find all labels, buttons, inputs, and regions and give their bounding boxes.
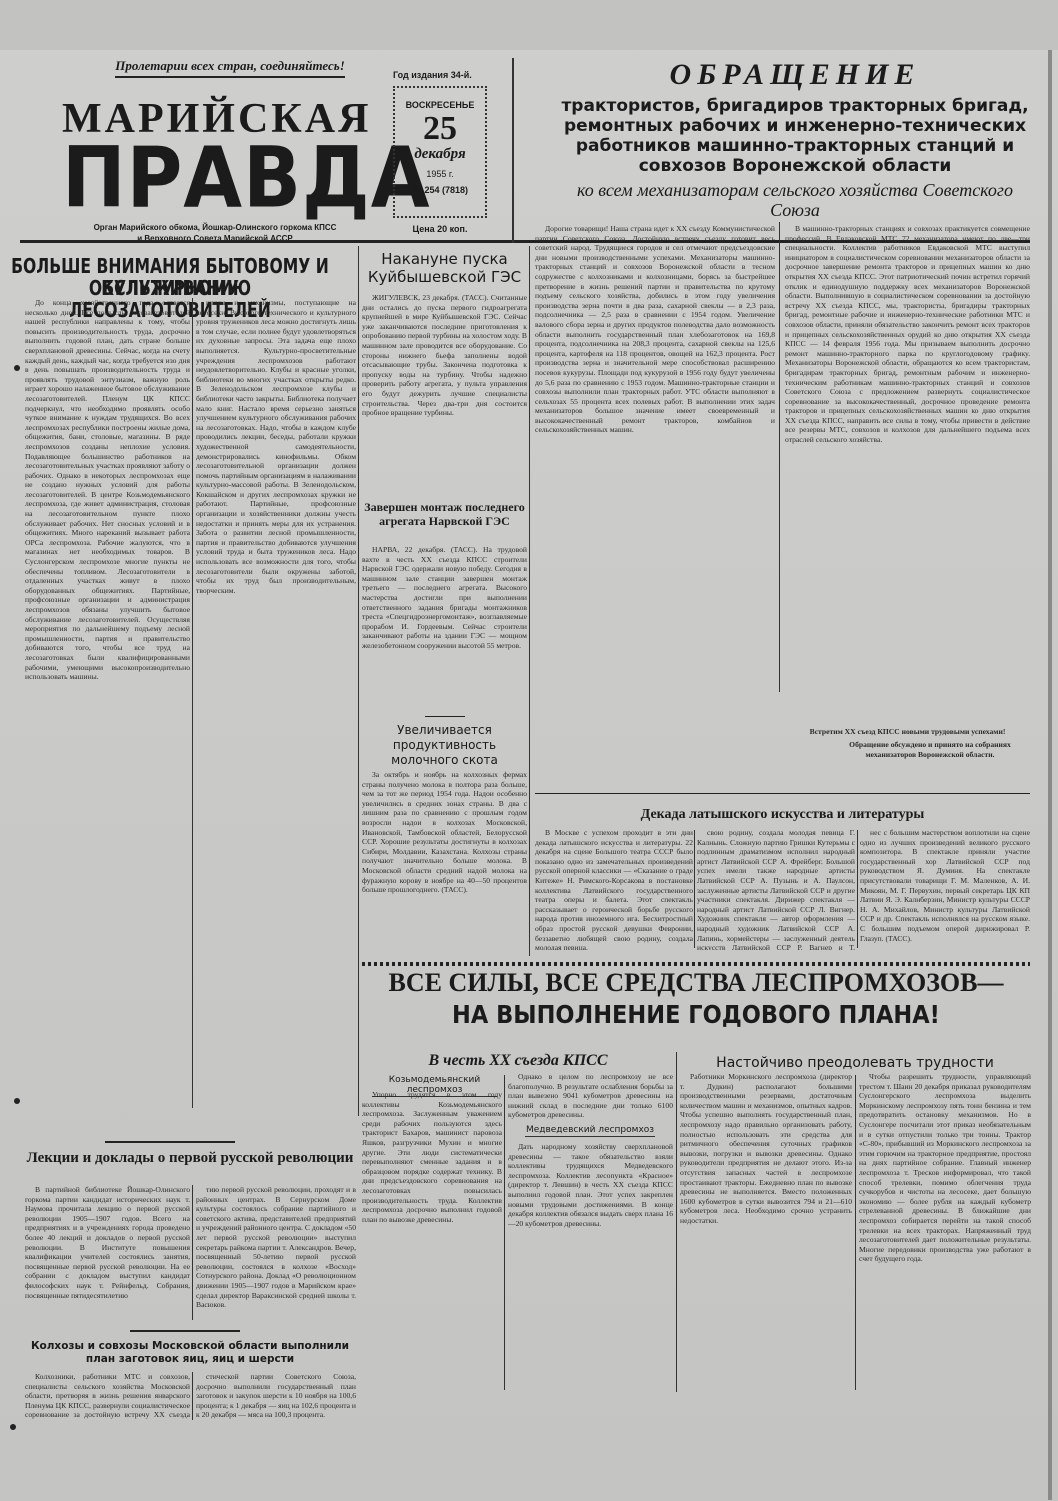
persist-divider <box>855 1075 856 1390</box>
ornament-rule <box>105 1141 235 1143</box>
weekday: ВОСКРЕСЕНЬЕ <box>395 100 485 110</box>
month: декабря <box>395 146 485 163</box>
binding-hole <box>10 1424 16 1430</box>
issue-number: № 254 (7818) <box>395 185 485 195</box>
honor-divider <box>504 1075 505 1390</box>
latvian-divider-1 <box>694 830 695 948</box>
main-article-column-1: До конца хозяйственного года остается не… <box>25 298 190 1113</box>
narva-headline: Завершен монтаж последнего агрегата Нарв… <box>362 500 527 528</box>
appeal-column-divider <box>779 222 780 692</box>
separator <box>425 716 465 717</box>
page-edge <box>1048 50 1052 1500</box>
masthead-title-line2: ПРАВДА <box>62 134 362 222</box>
appeal-title: ОБРАЩЕНИЕ <box>560 58 1030 92</box>
latvian-column-1: В Москве с успехом проходит в эти дни де… <box>535 828 693 950</box>
appeal-bottom-rule <box>535 793 1030 794</box>
lectures-divider <box>192 1185 193 1320</box>
banner-headline-line2: НА ВЫПОЛНЕНИЕ ГОДОВОГО ПЛАНА! <box>395 1000 996 1030</box>
year: 1955 г. <box>395 169 485 179</box>
medvedevo-text: Дать народному хозяйству сверхплановой д… <box>508 1142 673 1390</box>
binding-hole <box>14 365 20 371</box>
appeal-closing-slogan: Встретим XX съезд КПСС новыми трудовыми … <box>785 727 1030 739</box>
appeal-addressee: ко всем механизаторам сельского хозяйств… <box>560 180 1030 220</box>
masthead-motto: Пролетарии всех стран, соединяйтесь! <box>115 58 345 78</box>
narva-text: НАРВА, 22 декабря. (ТАСС). На трудовой в… <box>362 545 527 710</box>
main-article-column-2: шины и механизмы, поступающие на лесосек… <box>196 298 356 1113</box>
kuibyshev-headline: Накануне пуска Куйбышевской ГЭС <box>362 250 527 286</box>
honor-congress-headline: В честь XX съезда КПСС <box>362 1052 674 1070</box>
kozmodemyansk-text: Упорно трудятся в этом году коллективы К… <box>362 1090 502 1390</box>
lectures-column-2: тию первой русской революции, проходят и… <box>196 1185 356 1325</box>
newspaper-page: Пролетарии всех стран, соединяйтесь! МАР… <box>0 0 1058 1501</box>
price: Цена 20 коп. <box>393 224 487 234</box>
appeal-closing-note: Обращение обсуждено и принято на собрани… <box>830 740 1030 764</box>
ornament-rule-2 <box>130 1330 240 1332</box>
latvian-column-2: свою родину, создала молодая певица Г. К… <box>697 828 855 950</box>
persist-column-1: Работники Моркинского леспромхоза (дирек… <box>680 1072 852 1392</box>
day: 25 <box>395 112 485 146</box>
wavy-rule <box>362 962 1030 966</box>
appeal-column-2: В машинно-тракторных станциях и совхозах… <box>785 224 1030 724</box>
mid-column-divider <box>529 246 530 956</box>
moscow-farms-column-2: стической партии Советского Союза, досро… <box>196 1372 356 1422</box>
banner-headline-line1: ВСЕ СИЛЫ, ВСЕ СРЕДСТВА ЛЕСПРОМХОЗОВ— <box>362 968 1030 998</box>
organ-line1: Орган Марийского обкома, Йошкар-Олинског… <box>70 222 360 233</box>
masthead-divider <box>512 58 514 243</box>
milk-headline: Увеличивается продуктивность молочного с… <box>362 723 527 768</box>
lectures-headline: Лекции и доклады о первой русской револю… <box>25 1150 355 1167</box>
kuibyshev-text: ЖИГУЛЕВСК, 23 декабря. (ТАСС). Считанные… <box>362 293 527 488</box>
persist-column-2: Чтобы разрешить трудности, управляющий т… <box>859 1072 1031 1397</box>
binding-hole <box>14 1098 20 1104</box>
left-column-divider <box>358 246 359 1116</box>
latvian-column-3: нес с большим мастерством воплотили на с… <box>860 828 1030 950</box>
appeal-column-1: Дорогие товарищи! Наша страна идет к XX … <box>535 224 775 784</box>
moscow-farms-divider <box>192 1372 193 1420</box>
moscow-farms-column-1: Колхозники, работники МТС и совхозов, сп… <box>25 1372 190 1422</box>
main-column-divider <box>192 298 193 1108</box>
page-top-margin <box>0 0 1058 50</box>
honor-column-2-text: Однако в целом по леспромхозу не все бла… <box>508 1072 673 1122</box>
latvian-divider-2 <box>857 830 858 948</box>
year-of-publication: Год издания 34-й. <box>393 70 472 80</box>
milk-text: За октябрь и ноябрь на колхозных фермах … <box>362 770 527 948</box>
medvedevo-subhead: Медведевский леспромхоз <box>525 1125 655 1137</box>
lectures-column-1: В партийной библиотеке Йошкар-Олинского … <box>25 1185 190 1325</box>
moscow-farms-headline: Колхозы и совхозы Московской области вып… <box>25 1340 355 1366</box>
latvian-headline: Декада латышского искусства и литературы <box>535 808 1030 822</box>
persist-headline: Настойчиво преодолевать трудности <box>680 1056 1030 1071</box>
date-box: ВОСКРЕСЕНЬЕ 25 декабря 1955 г. № 254 (78… <box>393 86 487 218</box>
honor-persist-divider <box>676 1052 677 1392</box>
appeal-subtitle: трактористов, бригадиров тракторных бриг… <box>560 96 1030 176</box>
